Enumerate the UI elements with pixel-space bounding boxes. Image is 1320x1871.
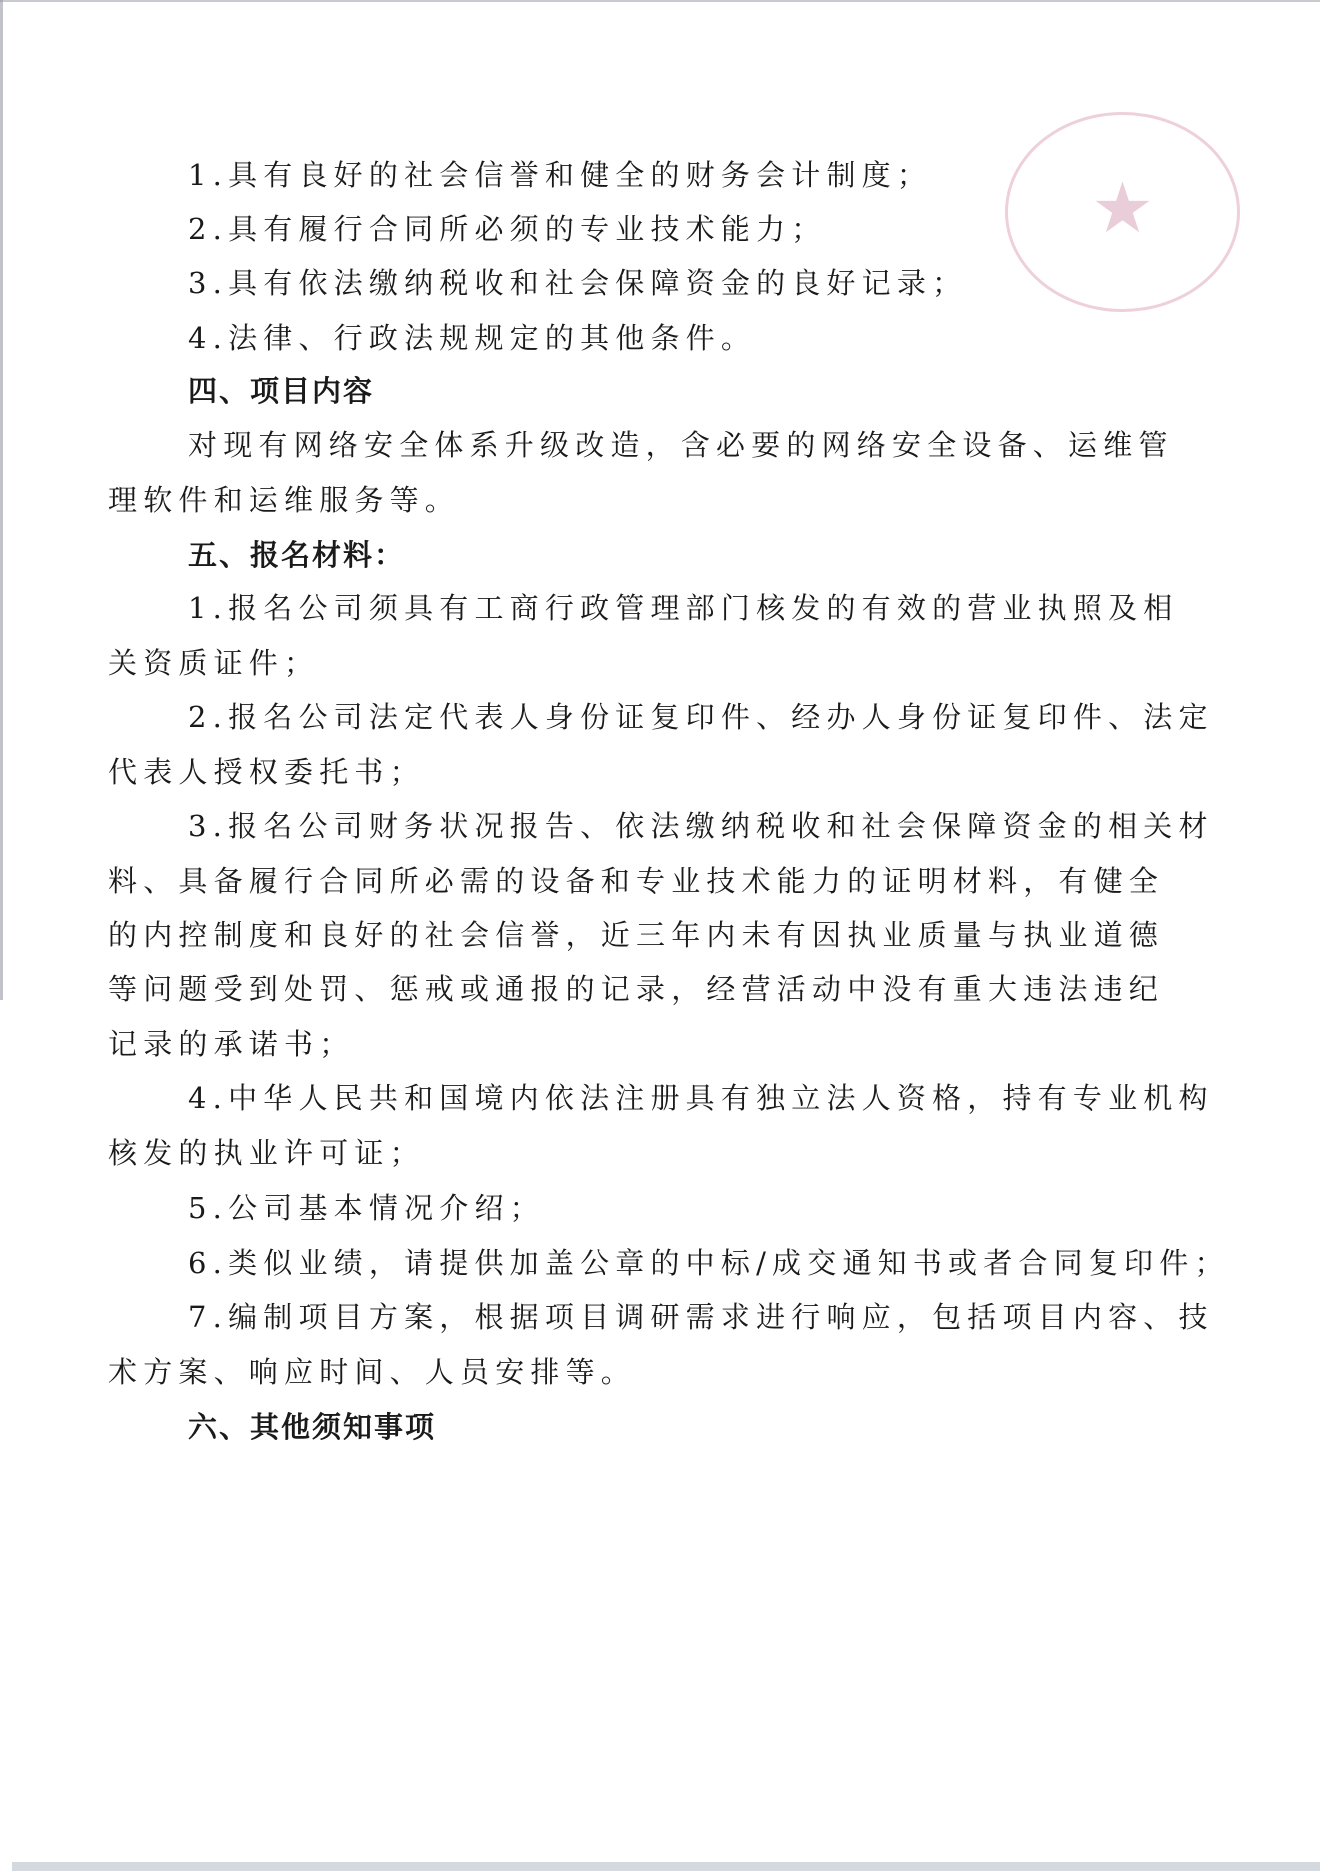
qualification-item-2: 2.具有履行合同所必须的专业技术能力； — [188, 209, 826, 249]
list-item-line: 术方案、响应时间、人员安排等。 — [108, 1352, 636, 1392]
scan-top-edge — [0, 0, 1320, 2]
list-item-line: 等问题受到处罚、惩戒或通报的记录，经营活动中没有重大违法违纪 — [108, 969, 1164, 1009]
qualification-item-1: 1.具有良好的社会信誉和健全的财务会计制度； — [188, 155, 932, 195]
list-item-line: 关资质证件； — [108, 643, 319, 683]
list-item-line: 7.编制项目方案，根据项目调研需求进行响应，包括项目内容、技 — [188, 1297, 1214, 1337]
list-item-line: 5.公司基本情况介绍； — [188, 1188, 545, 1228]
qualification-item-4: 4.法律、行政法规规定的其他条件。 — [188, 318, 756, 358]
paragraph-line: 对现有网络安全体系升级改造，含必要的网络安全设备、运维管 — [188, 425, 1174, 465]
list-item-line: 料、具备履行合同所必需的设备和专业技术能力的证明材料，有健全 — [108, 861, 1164, 901]
list-item-line: 1.报名公司须具有工商行政管理部门核发的有效的营业执照及相 — [188, 588, 1178, 628]
section-heading-project-content: 四、项目内容 — [188, 371, 374, 411]
scan-left-edge — [0, 0, 3, 1000]
paragraph-line: 理软件和运维服务等。 — [108, 480, 460, 520]
list-item-line: 代表人授权委托书； — [108, 752, 425, 792]
list-item-line: 4.中华人民共和国境内依法注册具有独立法人资格，持有专业机构 — [188, 1078, 1214, 1118]
star-icon: ★ — [1091, 167, 1154, 249]
section-heading-registration-materials: 五、报名材料： — [188, 535, 405, 575]
list-item-line: 3.报名公司财务状况报告、依法缴纳税收和社会保障资金的相关材 — [188, 806, 1214, 846]
list-item-line: 2.报名公司法定代表人身份证复印件、经办人身份证复印件、法定 — [188, 697, 1214, 737]
scan-bottom-edge — [12, 1862, 1320, 1871]
list-item-line: 6.类似业绩，请提供加盖公章的中标/成交通知书或者合同复印件； — [188, 1243, 1230, 1283]
official-seal: ★ — [1005, 112, 1240, 312]
qualification-item-3: 3.具有依法缴纳税收和社会保障资金的良好记录； — [188, 263, 967, 303]
list-item-line: 核发的执业许可证； — [108, 1133, 425, 1173]
section-heading-other-notes: 六、其他须知事项 — [188, 1407, 436, 1447]
list-item-line: 记录的承诺书； — [108, 1024, 354, 1064]
list-item-line: 的内控制度和良好的社会信誉，近三年内未有因执业质量与执业道德 — [108, 915, 1164, 955]
